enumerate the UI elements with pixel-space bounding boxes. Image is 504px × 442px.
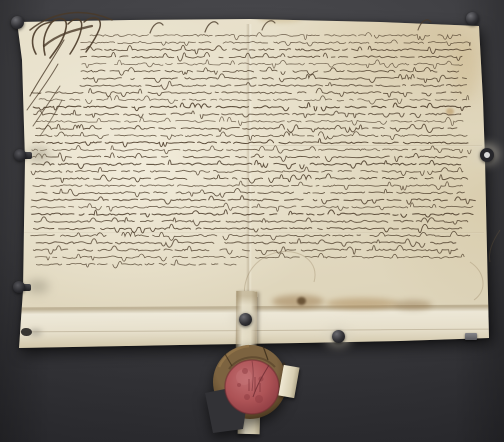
pin-bottom-left <box>21 328 35 342</box>
pin-left-edge <box>14 149 28 163</box>
pin-top-left <box>11 16 25 30</box>
pin-bottom-right <box>465 333 479 347</box>
pin-right-edge <box>480 148 494 162</box>
photo-of-charter <box>0 0 504 442</box>
pin-left-lower <box>13 281 27 295</box>
pin-bottom-center <box>332 330 346 344</box>
pin-top-right <box>466 12 480 26</box>
pin-seal-tag <box>239 313 253 327</box>
pins-layer <box>0 0 504 442</box>
